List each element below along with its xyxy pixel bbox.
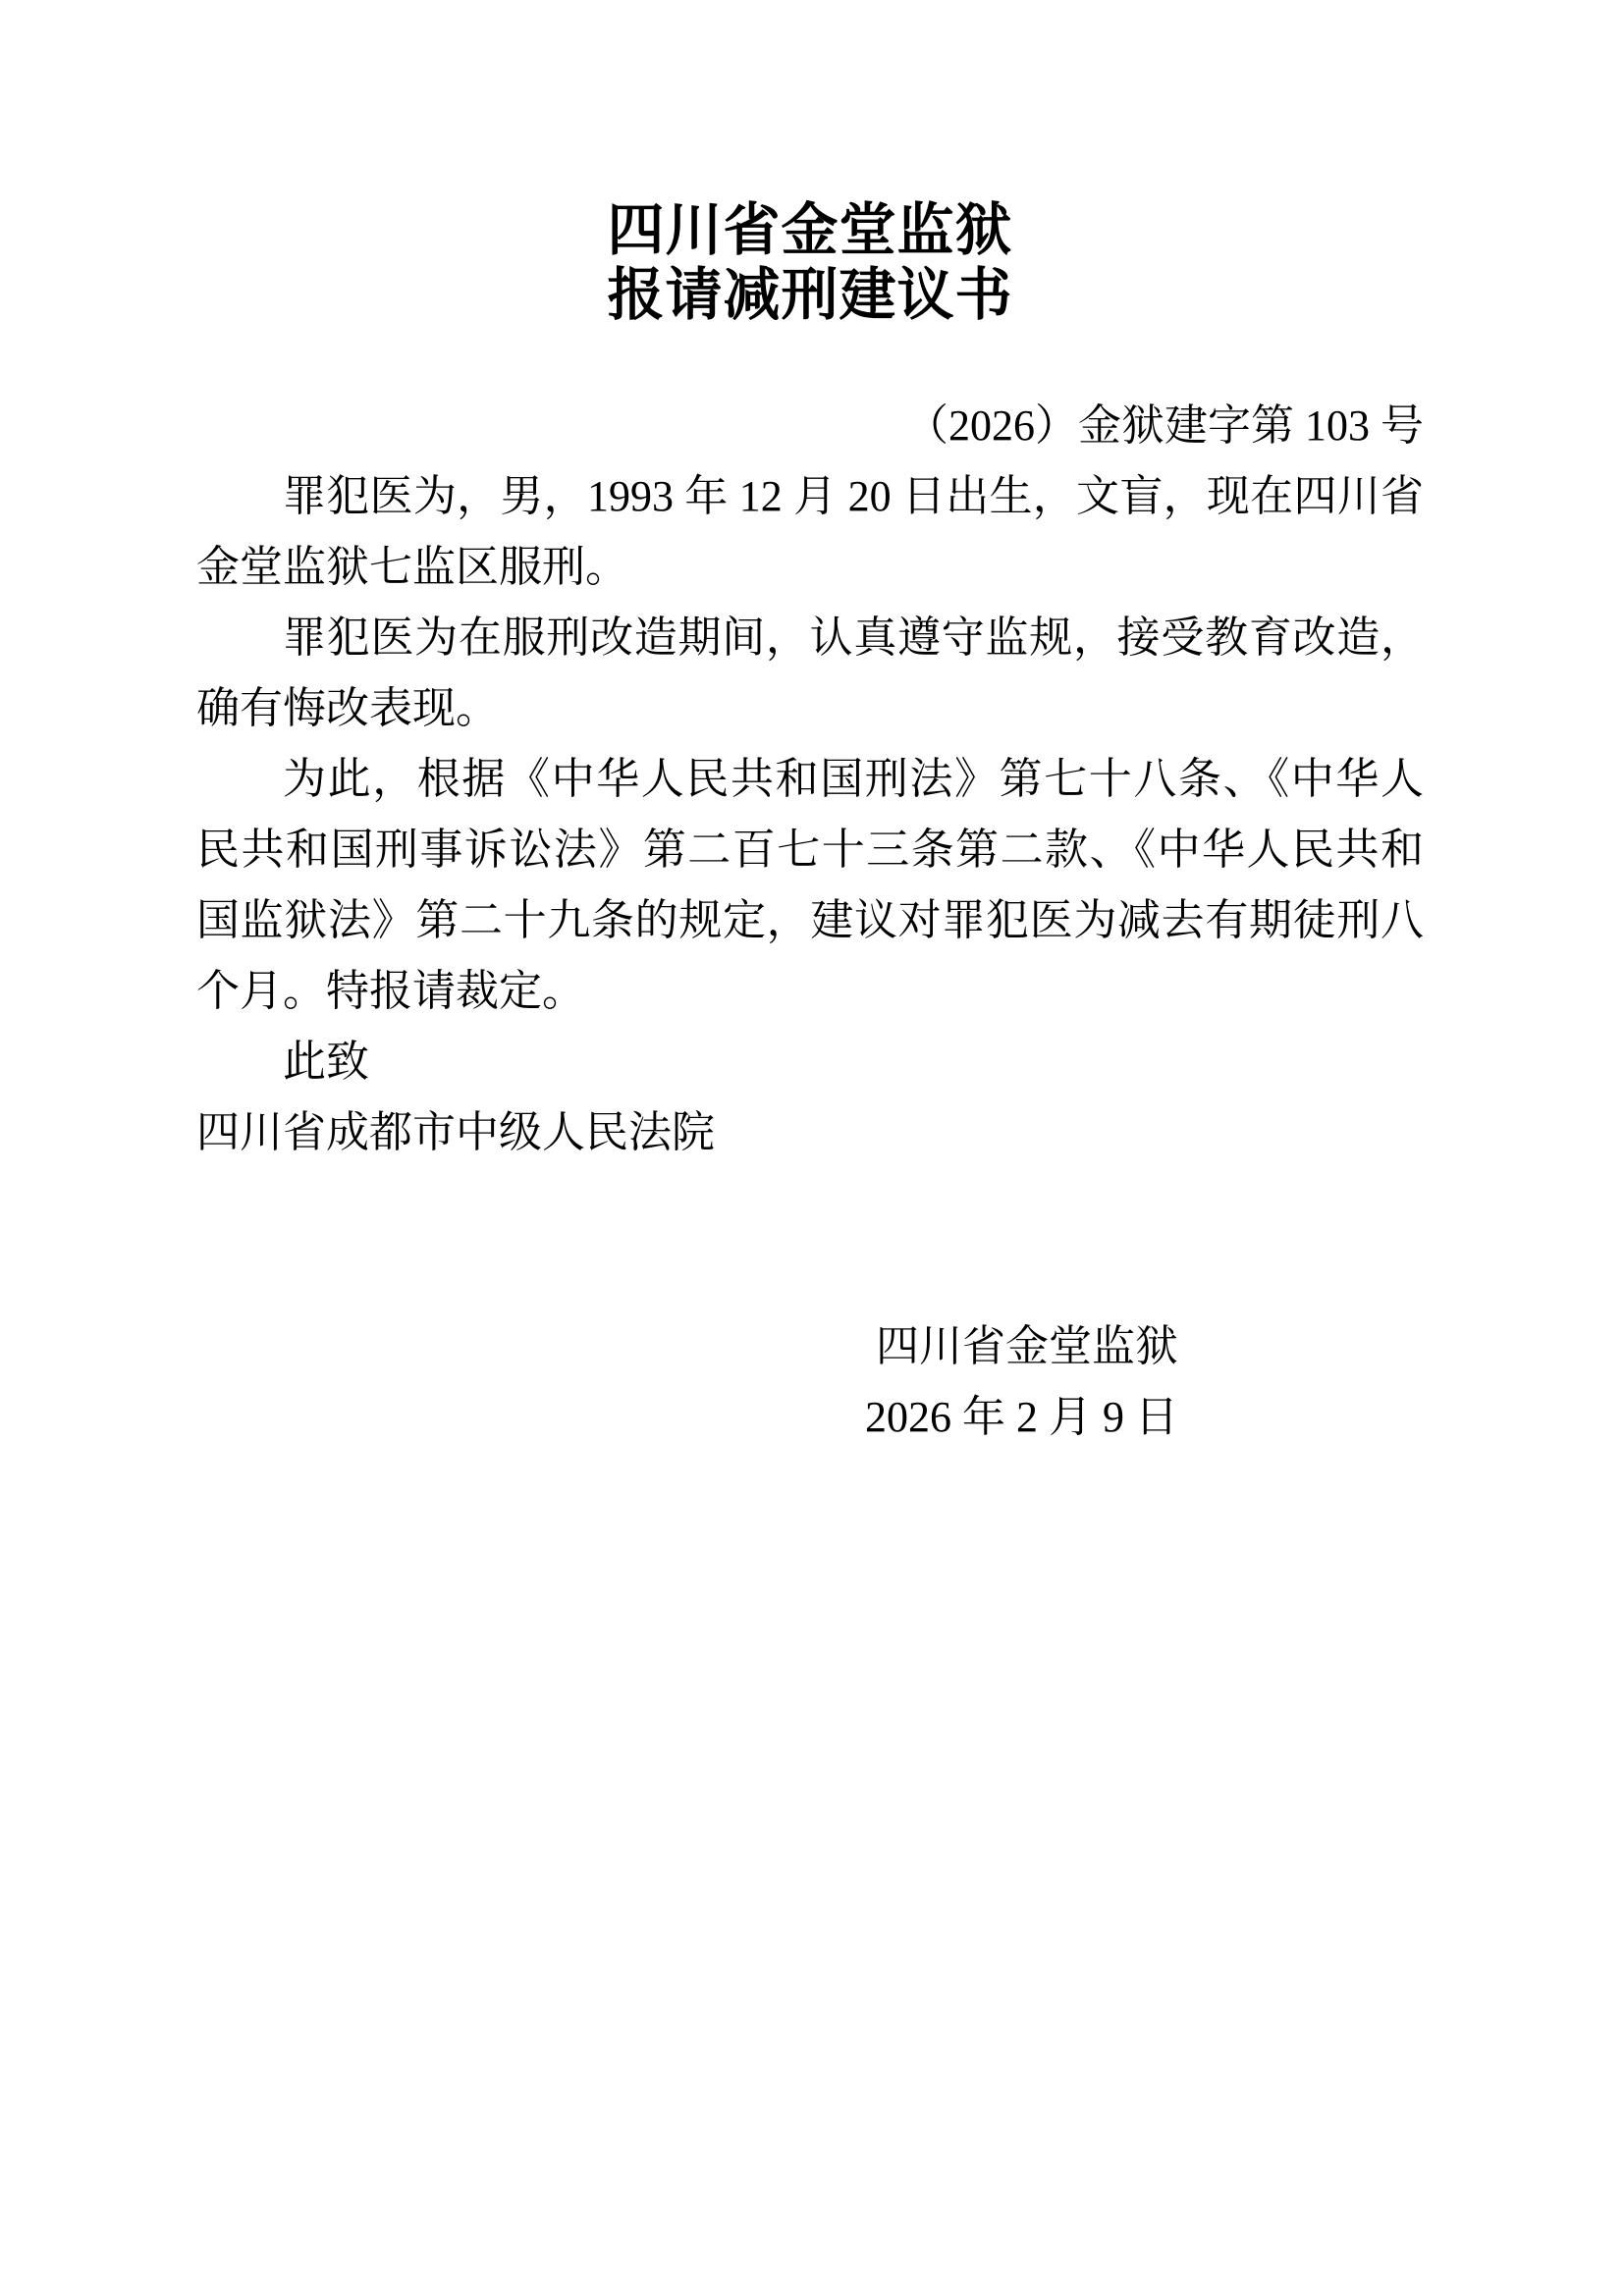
body-line: 金堂监狱七监区服刑。: [196, 532, 1424, 603]
title-line-type: 报请减刑建议书: [196, 263, 1424, 328]
document-title: 四川省金堂监狱 报请减刑建议书: [196, 198, 1424, 328]
body-line: 罪犯医为，男，1993 年 12 月 20 日出生，文盲，现在四川省: [196, 461, 1424, 532]
title-line-org: 四川省金堂监狱: [196, 198, 1424, 263]
body-line: 民共和国刑事诉讼法》第二百七十三条第二款、《中华人民共和: [196, 815, 1424, 885]
body-line: 为此，根据《中华人民共和国刑法》第七十八条、《中华人: [196, 744, 1424, 815]
signature-org: 四川省金堂监狱: [196, 1311, 1178, 1382]
document-page: 四川省金堂监狱 报请减刑建议书 （2026）金狱建字第 103 号 罪犯医为，男…: [0, 0, 1624, 2296]
signature-block: 四川省金堂监狱 2026 年 2 月 9 日: [196, 1311, 1424, 1453]
body-line: 个月。特报请裁定。: [196, 956, 1424, 1027]
signature-date: 2026 年 2 月 9 日: [196, 1382, 1178, 1453]
document-number: （2026）金狱建字第 103 号: [196, 391, 1424, 461]
body-line: 此致: [196, 1027, 1424, 1097]
body-lines: 罪犯医为，男，1993 年 12 月 20 日出生，文盲，现在四川省金堂监狱七监…: [196, 461, 1424, 1168]
body-line: 确有悔改表现。: [196, 673, 1424, 744]
body-line: 四川省成都市中级人民法院: [196, 1097, 1424, 1168]
body-line: 国监狱法》第二十九条的规定，建议对罪犯医为减去有期徒刑八: [196, 885, 1424, 956]
document-content: 四川省金堂监狱 报请减刑建议书 （2026）金狱建字第 103 号 罪犯医为，男…: [196, 0, 1424, 1453]
body-line: 罪犯医为在服刑改造期间，认真遵守监规，接受教育改造，: [196, 603, 1424, 673]
